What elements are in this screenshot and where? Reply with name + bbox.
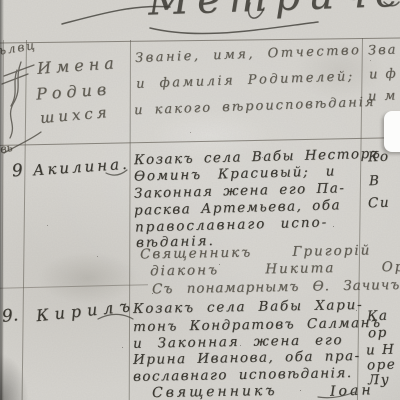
sponsor-fragment: Си bbox=[368, 197, 390, 211]
column-header-names-line1: Имена bbox=[37, 55, 120, 77]
page-title: Метрическая к bbox=[147, 0, 400, 22]
sponsor-fragment: Лу bbox=[368, 374, 391, 388]
column-header-parents-line3: и какого вѣроисповѣданія bbox=[134, 96, 376, 117]
record-number: 9 bbox=[11, 162, 24, 180]
column-header-sponsors-line1: Зва bbox=[368, 43, 398, 57]
column-header-parents-line1: Званіе, имя, Отчество bbox=[135, 44, 362, 65]
column-header-sponsors-line2: и ф bbox=[369, 68, 398, 82]
record-text-line: тонъ Кондратовъ Салманъ bbox=[133, 317, 382, 335]
table-header-top-rule bbox=[0, 38, 400, 44]
dust-specks bbox=[0, 0, 1, 1]
clergy-line-end: Іоан bbox=[330, 383, 374, 399]
record-text-line: вославнаго исповѣданія. bbox=[133, 367, 353, 384]
sponsor-fragment: Ко bbox=[368, 151, 390, 165]
scan-corner-shadow bbox=[0, 345, 34, 400]
table-column-rule-names bbox=[129, 40, 131, 400]
sponsor-fragment: Ка bbox=[367, 310, 389, 324]
column-header-names-line3: шихся bbox=[39, 105, 111, 126]
table-header-bottom-rule bbox=[0, 137, 400, 146]
clergy-line-start: Священникъ bbox=[152, 384, 278, 400]
child-name: Акилина. bbox=[33, 157, 131, 179]
scanned-register-page: Метрическая к ѣлвц вь Имена Родив шихся … bbox=[0, 0, 400, 400]
record-text-line: православнаго испо- bbox=[135, 216, 329, 235]
margin-fragment-top-left: ѣлвц bbox=[0, 39, 37, 57]
child-name: Кирилъ bbox=[35, 298, 136, 324]
column-header-parents-line2: и фамилія Родителей; bbox=[136, 70, 355, 91]
margin-scrawl bbox=[2, 62, 41, 153]
clergy-line: Съ понамарнымъ Ѳ. Зачичъ Е bbox=[152, 279, 400, 297]
column-header-sponsors-line3: и м bbox=[368, 89, 398, 103]
table-left-border bbox=[1, 40, 4, 400]
sponsor-fragment: ор bbox=[368, 327, 388, 341]
table-column-rule-numbers bbox=[22, 40, 27, 400]
record-text-line: Козакъ села Вабы Хари- bbox=[133, 299, 364, 317]
sponsor-fragment: В bbox=[369, 175, 381, 189]
table-column-rule-sponsors bbox=[357, 38, 363, 400]
column-header-names-line2: Родив bbox=[36, 81, 112, 102]
white-sticker-overlay bbox=[384, 111, 400, 152]
clergy-line: діаконъ Никита Орѣ bbox=[150, 261, 400, 279]
margin-fragment-left: вь bbox=[0, 142, 13, 155]
sponsor-fragment: оре bbox=[367, 358, 397, 373]
record-number: 9. bbox=[1, 307, 19, 326]
